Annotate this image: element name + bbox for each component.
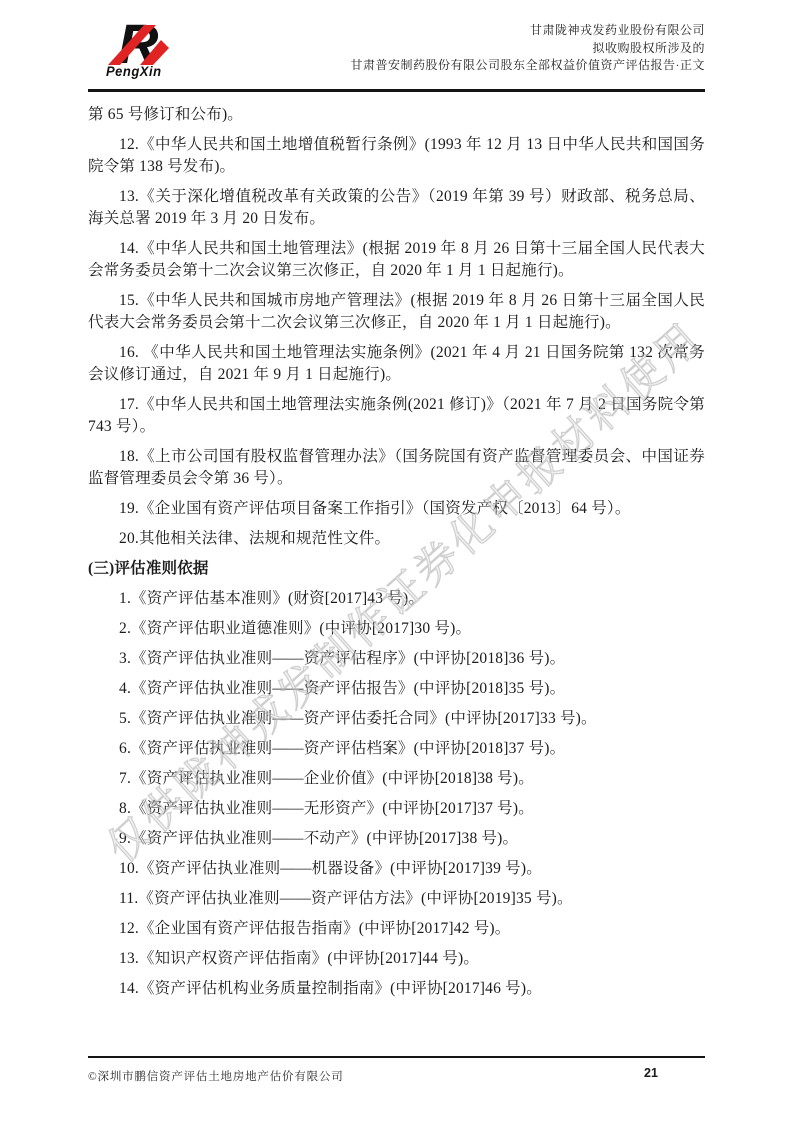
paragraph: 13.《关于深化增值税改革有关政策的公告》（2019 年第 39 号）财政部、税… bbox=[88, 186, 705, 230]
paragraph: 10.《资产评估执业准则——机器设备》(中评协[2017]39 号)。 bbox=[88, 858, 705, 880]
paragraph: 6.《资产评估执业准则——资产评估档案》(中评协[2018]37 号)。 bbox=[88, 738, 705, 760]
header-divider bbox=[88, 89, 705, 92]
pengxin-logo-icon: R bbox=[106, 18, 186, 66]
paragraph: 12.《企业国有资产评估报告指南》(中评协[2017]42 号)。 bbox=[88, 918, 705, 940]
paragraph: 14.《资产评估机构业务质量控制指南》(中评协[2017]46 号)。 bbox=[88, 978, 705, 1000]
paragraph: 15.《中华人民共和国城市房地产管理法》(根据 2019 年 8 月 26 日第… bbox=[88, 290, 705, 334]
paragraph: 14.《中华人民共和国土地管理法》(根据 2019 年 8 月 26 日第十三届… bbox=[88, 238, 705, 282]
paragraph: 19.《企业国有资产评估项目备案工作指引》（国资发产权〔2013〕64 号）。 bbox=[88, 498, 705, 520]
paragraph: 9.《资产评估执业准则——不动产》(中评协[2017]38 号)。 bbox=[88, 828, 705, 850]
paragraph: 18.《上市公司国有股权监督管理办法》（国务院国有资产监督管理委员会、中国证券监… bbox=[88, 446, 705, 490]
document-page: 仅供陇神戎发制作证券化申报材料使用 R PengXin 甘肃陇神戎发药业股份有限… bbox=[0, 0, 793, 1122]
pengxin-logo: R PengXin bbox=[106, 18, 196, 79]
document-body: 第 65 号修订和公布)。12.《中华人民共和国土地增值税暂行条例》(1993 … bbox=[88, 104, 705, 1008]
paragraph: 4.《资产评估执业准则——资产评估报告》(中评协[2018]35 号)。 bbox=[88, 678, 705, 700]
paragraph: 20.其他相关法律、法规和规范性文件。 bbox=[88, 528, 705, 550]
header-line-purpose: 拟收购股权所涉及的 bbox=[351, 40, 706, 58]
paragraph: 11.《资产评估执业准则——资产评估方法》(中评协[2019]35 号)。 bbox=[88, 888, 705, 910]
section-heading: (三)评估准则依据 bbox=[88, 558, 705, 580]
page-header: R PengXin 甘肃陇神戎发药业股份有限公司 拟收购股权所涉及的 甘肃普安制… bbox=[88, 18, 705, 88]
paragraph: 1.《资产评估基本准则》(财资[2017]43 号)。 bbox=[88, 588, 705, 610]
paragraph: 17.《中华人民共和国土地管理法实施条例(2021 修订)》（2021 年 7 … bbox=[88, 394, 705, 438]
paragraph: 第 65 号修订和公布)。 bbox=[88, 104, 705, 126]
paragraph: 2.《资产评估职业道德准则》(中评协[2017]30 号)。 bbox=[88, 618, 705, 640]
header-title-block: 甘肃陇神戎发药业股份有限公司 拟收购股权所涉及的 甘肃普安制药股份有限公司股东全… bbox=[351, 22, 706, 75]
header-line-company: 甘肃陇神戎发药业股份有限公司 bbox=[351, 22, 706, 40]
page-number: 21 bbox=[644, 1066, 658, 1080]
paragraph: 8.《资产评估执业准则——无形资产》(中评协[2017]37 号)。 bbox=[88, 798, 705, 820]
paragraph: 3.《资产评估执业准则——资产评估程序》(中评协[2018]36 号)。 bbox=[88, 648, 705, 670]
header-line-report-title: 甘肃普安制药股份有限公司股东全部权益价值资产评估报告·正文 bbox=[351, 57, 706, 75]
footer-copyright: ©深圳市鹏信资产评估土地房地产估价有限公司 bbox=[88, 1068, 344, 1084]
paragraph: 5.《资产评估执业准则——资产评估委托合同》(中评协[2017]33 号)。 bbox=[88, 708, 705, 730]
paragraph: 16. 《中华人民共和国土地管理法实施条例》(2021 年 4 月 21 日国务… bbox=[88, 342, 705, 386]
footer-divider bbox=[88, 1056, 705, 1058]
paragraph: 12.《中华人民共和国土地增值税暂行条例》(1993 年 12 月 13 日中华… bbox=[88, 134, 705, 178]
paragraph: 13.《知识产权资产评估指南》(中评协[2017]44 号)。 bbox=[88, 948, 705, 970]
paragraph: 7.《资产评估执业准则——企业价值》(中评协[2018]38 号)。 bbox=[88, 768, 705, 790]
logo-brand-text: PengXin bbox=[106, 64, 196, 80]
